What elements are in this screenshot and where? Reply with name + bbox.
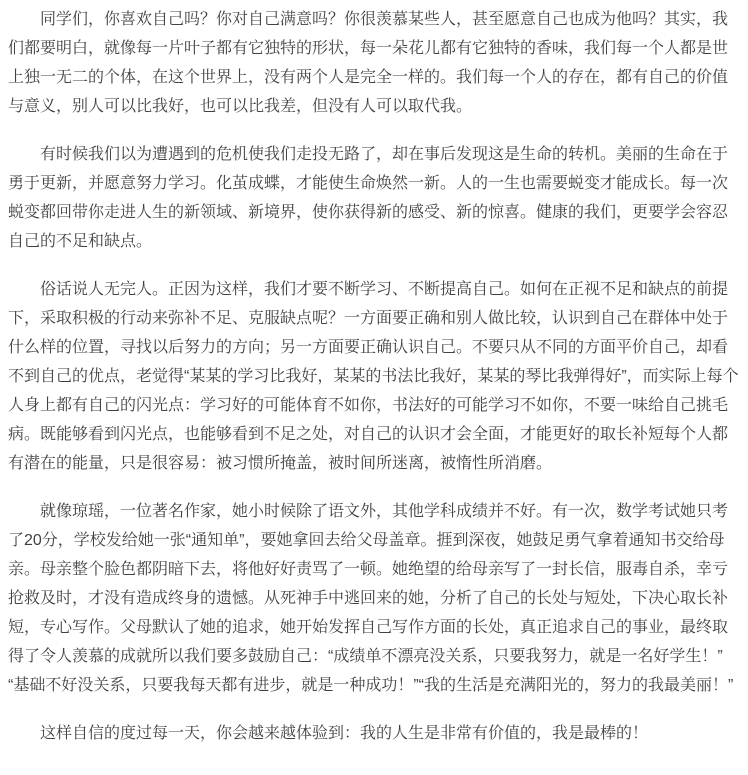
- paragraph-nobody-is-perfect: 俗话说人无完人。正因为这样，我们才要不断学习、不断提高自己。如何在正视不足和缺点…: [8, 275, 740, 478]
- paragraph-intro-unique-self: 同学们，你喜欢自己吗？你对自己满意吗？你很羡慕某些人，甚至愿意自己也成为他吗？其…: [8, 5, 740, 121]
- paragraph-crisis-turning-point: 有时候我们以为遭遇到的危机使我们走投无路了，却在事后发现这是生命的转机。美丽的生…: [8, 140, 740, 256]
- document-page: 同学们，你喜欢自己吗？你对自己满意吗？你很羡慕某些人，甚至愿意自己也成为他吗？其…: [0, 0, 748, 775]
- paragraph-qiongyao-story: 就像琼瑶，一位著名作家，她小时候除了语文外，其他学科成绩并不好。有一次，数学考试…: [8, 497, 740, 700]
- paragraph-closing-confidence: 这样自信的度过每一天，你会越来越体验到：我的人生是非常有价值的，我是最棒的！: [8, 719, 740, 748]
